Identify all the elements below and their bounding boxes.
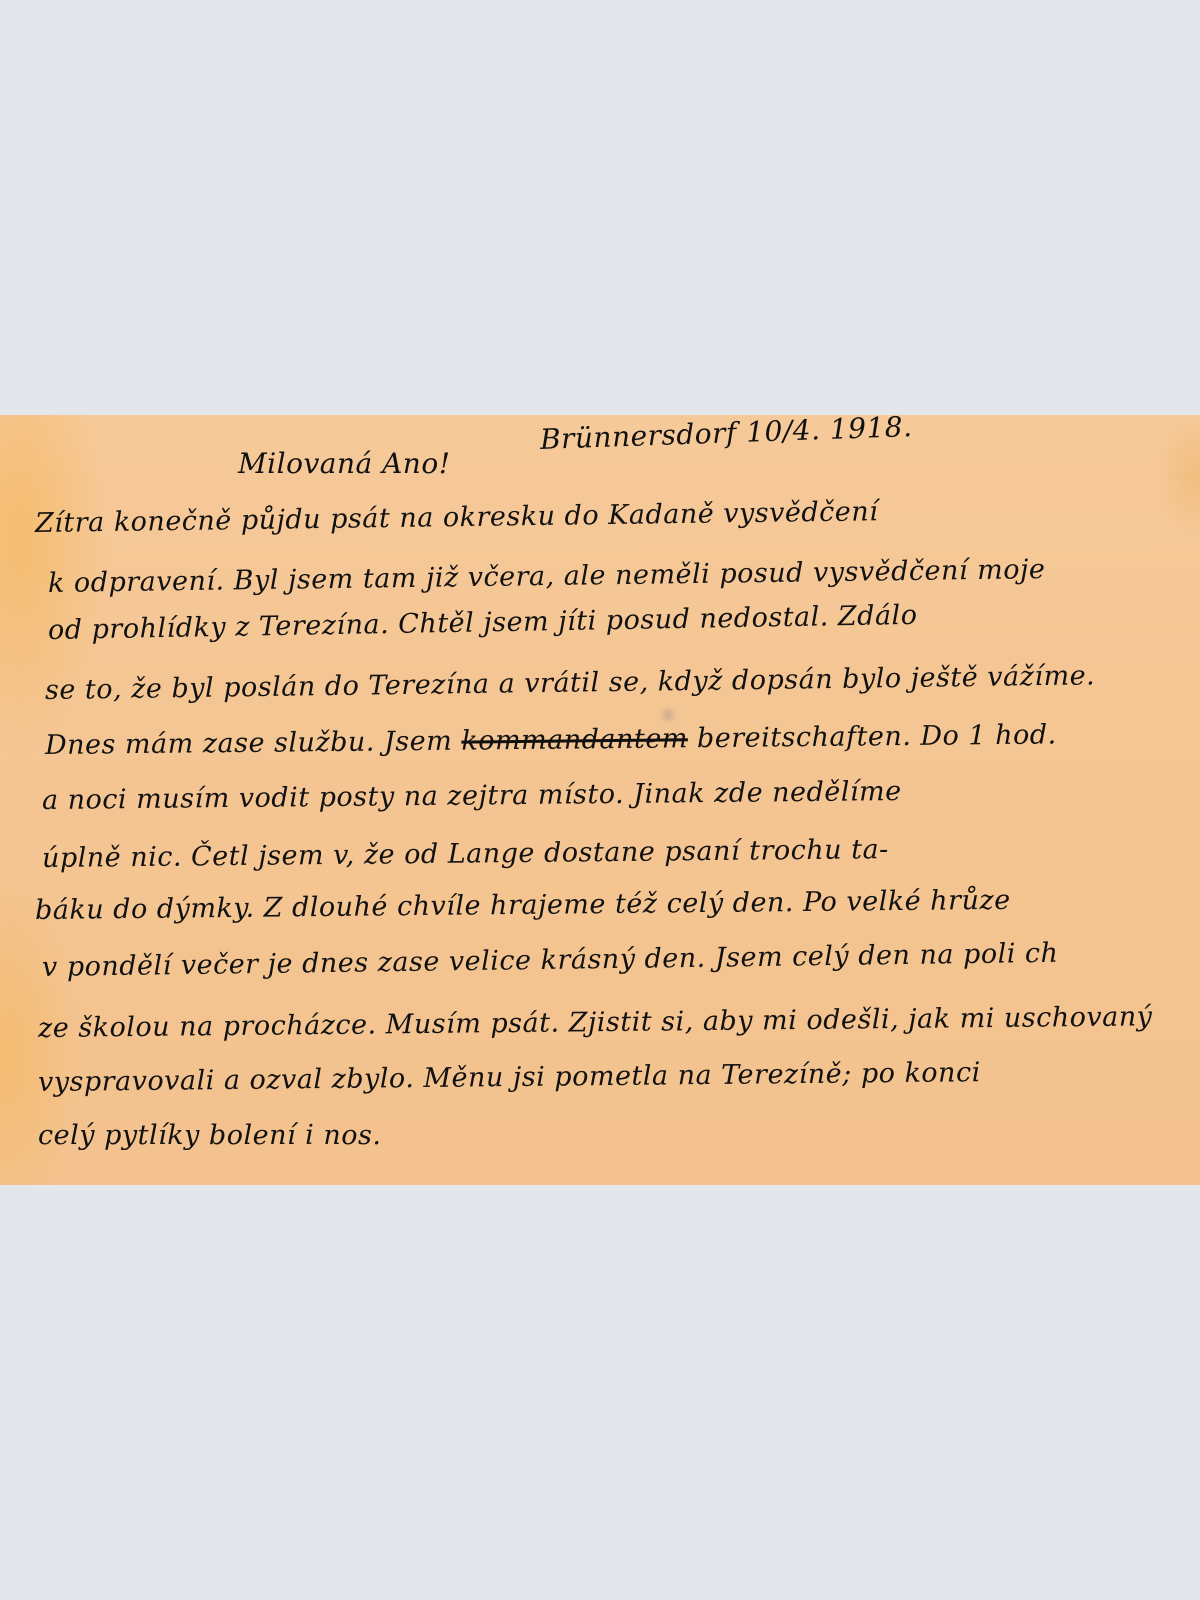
body-line: vyspravovali a ozval zbylo. Měnu jsi pom… <box>38 1057 981 1098</box>
body-line: v pondělí večer je dnes zase velice krás… <box>42 938 1059 983</box>
line-text: bereitschaften. Do 1 hod. <box>697 719 1057 754</box>
body-line: báku do dýmky. Z dlouhé chvíle hrajeme t… <box>35 885 1011 926</box>
line-text: Dnes mám zase službu. Jsem <box>45 726 453 761</box>
body-line: se to, že byl poslán do Terezína a vráti… <box>45 660 1096 706</box>
body-line: k odpravení. Byl jsem tam již včera, ale… <box>48 554 1046 599</box>
postcard-scan: Milovaná Ano! Brünnersdorf 10/4. 1918. Z… <box>0 415 1200 1185</box>
salutation: Milovaná Ano! <box>238 447 450 480</box>
place-date: Brünnersdorf 10/4. 1918. <box>539 410 913 456</box>
struck-word: kommandantem <box>461 723 688 756</box>
body-line: od prohlídky z Terezína. Chtěl jsem jíti… <box>48 600 918 646</box>
body-line: celý pytlíky bolení i nos. <box>38 1120 382 1151</box>
body-line: Dnes mám zase službu. Jsem kommandantem … <box>45 719 1057 761</box>
body-line: a noci musím vodit posty na zejtra místo… <box>42 776 902 816</box>
body-line: Zítra konečně půjdu psát na okresku do K… <box>35 496 879 539</box>
body-line: úplně nic. Četl jsem v, že od Lange dost… <box>42 834 889 874</box>
body-line: ze školou na procházce. Musím psát. Zjis… <box>38 1001 1153 1044</box>
